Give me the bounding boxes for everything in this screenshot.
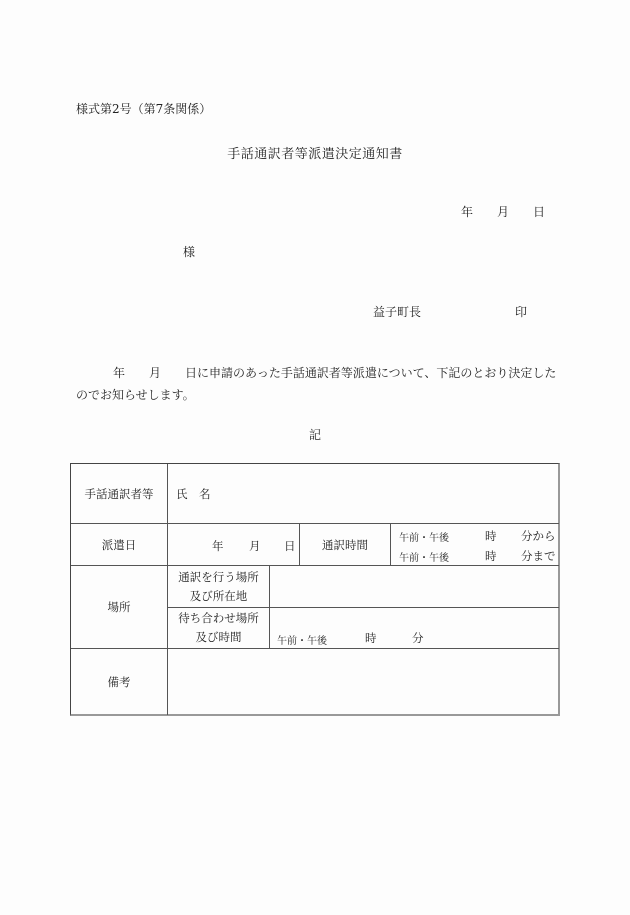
meeting-minute: 分 bbox=[412, 630, 424, 646]
document-title: 手話通訳者等派遣決定通知書 bbox=[0, 143, 630, 162]
dispatch-date-label-cell: 派遣日 bbox=[71, 524, 167, 565]
meeting-label-line2: 及び時間 bbox=[168, 628, 269, 647]
issue-date-year: 年 bbox=[461, 203, 497, 220]
ki-heading: 記 bbox=[0, 426, 630, 443]
meeting-ampm: 午前・午後 bbox=[277, 632, 327, 647]
dispatch-date-label: 派遣日 bbox=[102, 537, 137, 553]
seal-mark: 印 bbox=[515, 303, 527, 320]
issue-date-month: 月 bbox=[497, 203, 533, 220]
place-label-cell: 場所 bbox=[71, 566, 167, 648]
body-month: 月 bbox=[149, 366, 161, 380]
venue-label-line2: 及び所在地 bbox=[168, 587, 269, 606]
dispatch-table: 手話通訳者等 氏 名 派遣日 年 月 日 通訳時間 午前・午後 時 分から 午前… bbox=[70, 463, 560, 716]
interpreter-name-cell[interactable]: 氏 名 bbox=[168, 464, 559, 523]
notice-body: 年月日に申請のあった手話通訳者等派遣について、下記のとおり決定したのでお知らせし… bbox=[76, 362, 561, 406]
issuer-name: 益子町長 bbox=[373, 303, 421, 320]
venue-value-cell[interactable] bbox=[270, 566, 559, 607]
interpretation-time-label: 通訳時間 bbox=[322, 537, 368, 553]
place-label: 場所 bbox=[108, 599, 131, 615]
meeting-label-line1: 待ち合わせ場所 bbox=[168, 609, 269, 628]
addressee-suffix: 様 bbox=[183, 243, 195, 260]
end-minute: 分まで bbox=[521, 548, 556, 564]
meeting-label-cell: 待ち合わせ場所 及び時間 bbox=[168, 608, 269, 648]
interpretation-time-value-cell[interactable]: 午前・午後 時 分から 午前・午後 時 分まで bbox=[391, 524, 559, 565]
start-hour: 時 bbox=[485, 528, 497, 544]
interpretation-time-label-cell: 通訳時間 bbox=[300, 524, 390, 565]
end-ampm: 午前・午後 bbox=[399, 549, 449, 564]
remarks-label-cell: 備考 bbox=[71, 649, 167, 715]
body-year: 年 bbox=[113, 366, 125, 380]
issue-date: 年月日 bbox=[461, 203, 545, 220]
remarks-label: 備考 bbox=[108, 674, 131, 690]
meeting-hour: 時 bbox=[365, 630, 377, 646]
venue-label-cell: 通訳を行う場所 及び所在地 bbox=[168, 566, 269, 607]
start-minute: 分から bbox=[521, 528, 556, 544]
form-number: 様式第2号（第7条関係） bbox=[76, 100, 211, 117]
interpreter-label: 手話通訳者等 bbox=[85, 486, 154, 502]
dispatch-year: 年 bbox=[212, 538, 224, 554]
start-ampm: 午前・午後 bbox=[399, 529, 449, 544]
dispatch-day: 日 bbox=[284, 538, 296, 554]
end-hour: 時 bbox=[485, 548, 497, 564]
meeting-value-cell[interactable]: 午前・午後 時 分 bbox=[270, 608, 559, 648]
interpreter-name-label: 氏 名 bbox=[176, 486, 211, 502]
issue-date-day: 日 bbox=[533, 203, 545, 220]
dispatch-date-value-cell[interactable]: 年 月 日 bbox=[168, 524, 299, 565]
remarks-value-cell[interactable] bbox=[168, 649, 559, 715]
interpreter-label-cell: 手話通訳者等 bbox=[71, 464, 167, 523]
venue-label-line1: 通訳を行う場所 bbox=[168, 568, 269, 587]
dispatch-month: 月 bbox=[249, 538, 261, 554]
